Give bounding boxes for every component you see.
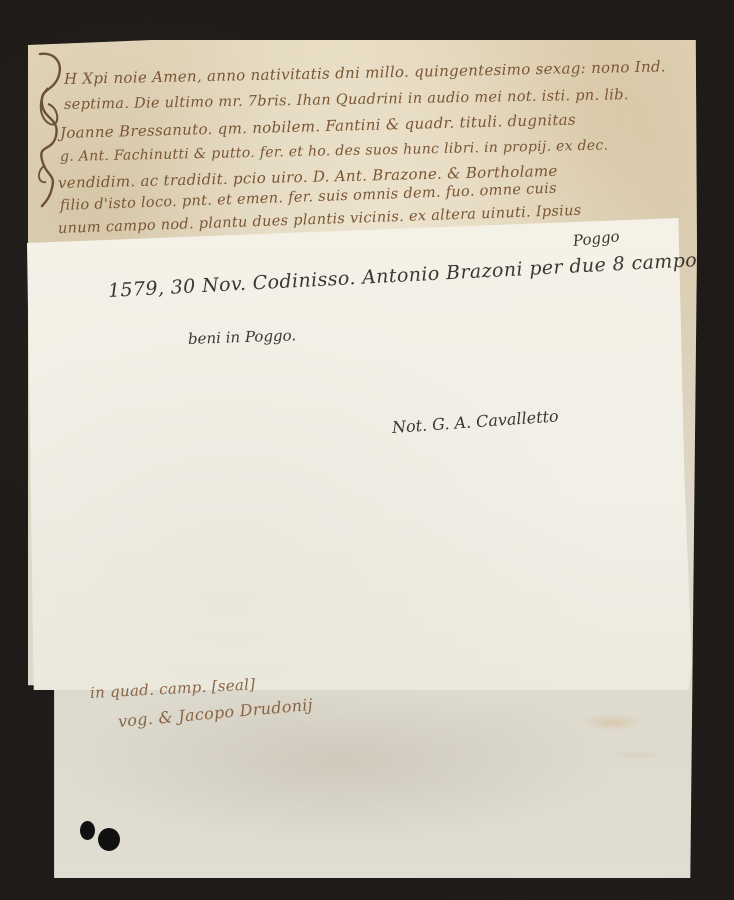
note-line-2: beni in Poggo.	[188, 326, 297, 348]
binding-hole	[80, 821, 95, 840]
binding-hole	[98, 828, 120, 851]
